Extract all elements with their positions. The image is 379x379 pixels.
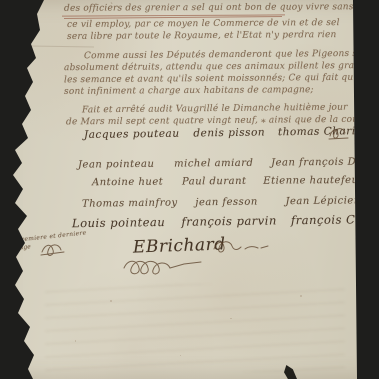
manuscript-page: ʼ ˈ ʼ ˎ ʼ ˈ ʼ des officiers des grenier …: [0, 0, 379, 379]
signature-row-2: Antoine huet Paul durant Etienne hautefe…: [92, 176, 376, 188]
paper-speck: [75, 340, 76, 342]
margin-note-line2: page: [16, 244, 31, 252]
paragraph2-line2: absolument détruits, attendu que ces ani…: [64, 62, 379, 73]
paraph-flourish-icon: [328, 127, 350, 141]
signature-row-1: Jean pointeau michel amiard Jean françoi…: [78, 157, 379, 170]
signature-michel-amiard: michel amiard: [174, 159, 253, 170]
signature-louis-pointeau: Louis pointeau: [72, 217, 165, 230]
signature-antoine-huet: Antoine huet: [92, 178, 163, 189]
paragraph1-line2: ce vil employ, par ce moyen le Commerce …: [67, 19, 340, 30]
signature-jean-pointeau: Jean pointeau: [78, 160, 155, 171]
signature-thomas-chariot: thomas Chariot: [278, 126, 367, 138]
manuscript-scan: ʼ ˈ ʼ ˎ ʼ ˈ ʼ des officiers des grenier …: [0, 0, 379, 379]
signature-jacques-pouteau: Jacques pouteau: [84, 129, 180, 141]
paragraph2-line3: les semance et avant qu'ils soient moiss…: [64, 74, 367, 86]
paragraph2-line4: sont infiniment a charge aux habitans de…: [64, 86, 314, 97]
signature-thomas-mainfroy: Thomas mainfroy: [82, 199, 178, 210]
signature-paul-durant: Paul durant: [182, 177, 247, 188]
signature-row-4: Louis pointeau françois parvin françois …: [72, 214, 379, 230]
margin-paraph-icon: [40, 242, 66, 258]
signature-row-3: Thomas mainfroy jean fesson Jean Lépicie…: [82, 196, 359, 209]
paraph-right-icon: [212, 239, 270, 254]
paper-speck: [110, 300, 112, 302]
paper-speck: [300, 295, 302, 297]
paragraph1-line1: des officiers des grenier a sel qui ont …: [64, 3, 354, 14]
signature-jean-lepicier: Jean Lépicier: [285, 196, 359, 207]
signature-etienne-hautefeuille: Etienne hautefeuille: [263, 176, 376, 187]
bleedthrough-texture: [45, 284, 345, 372]
paragraph1-line3: sera libre par toute le Royaume, et l'Et…: [67, 31, 337, 42]
closing-line1: Fait et arrêté audit Vaugrillé le Dimanc…: [82, 104, 348, 116]
signature-francois-parvin: françois parvin: [181, 215, 277, 228]
signature-jean-fesson: jean fesson: [195, 198, 258, 209]
signature-row-primary: Jacques pouteau denis pisson thomas Char…: [84, 126, 367, 140]
paraph-under-flourish-icon: [121, 255, 217, 274]
paper-crease: [30, 45, 94, 47]
signature-denis-pisson: denis pisson: [193, 127, 265, 139]
signature-jean-francois-dupre: Jean françois Dupré: [271, 157, 379, 168]
paper-speck: [180, 355, 181, 356]
paragraph2-line1: Comme aussi les Députés demanderont que …: [84, 50, 379, 62]
paper-speck: [230, 318, 232, 319]
signature-francois-cormier: françois Cormier: [291, 214, 379, 227]
